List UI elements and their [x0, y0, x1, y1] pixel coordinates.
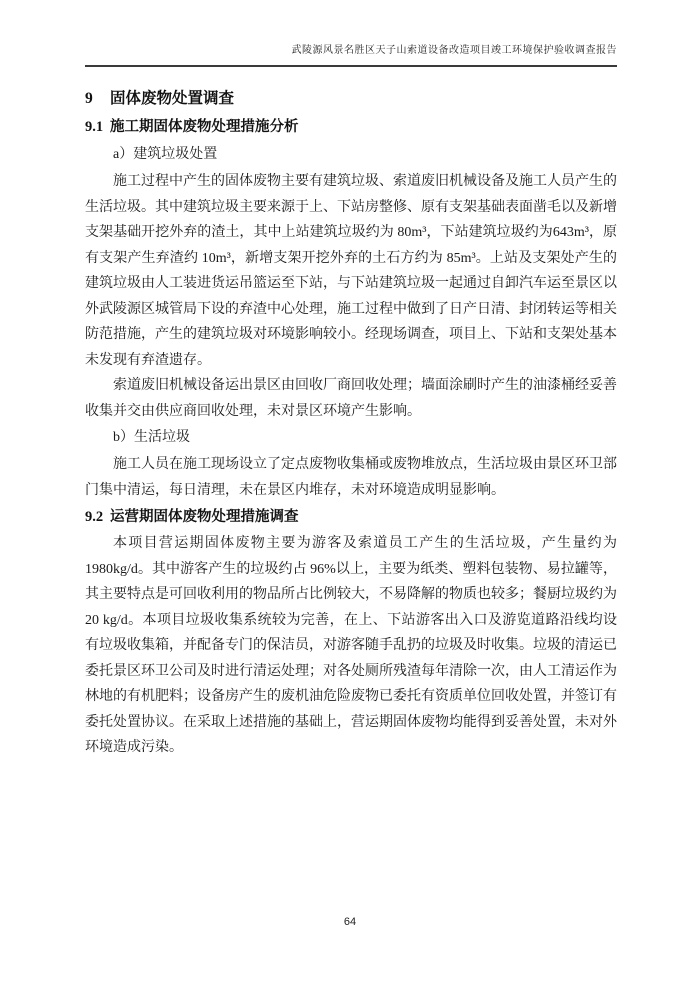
- section-9-1-heading: 9.1施工期固体废物处理措施分析: [85, 113, 617, 141]
- section-9-heading: 9固体废物处置调查: [85, 85, 617, 113]
- page-header: 武陵源风景名胜区天子山索道设备改造项目竣工环境保护验收调查报告: [85, 0, 617, 67]
- section-9-number: 9: [85, 85, 110, 113]
- section-9-2-number: 9.2: [85, 503, 110, 531]
- paragraph-equipment-recycling: 索道废旧机械设备运出景区由回收厂商回收处理；墙面涂刷时产生的油漆桶经妥善收集并交…: [85, 373, 617, 424]
- list-item-a: a）建筑垃圾处置: [85, 141, 617, 169]
- paragraph-construction-waste: 施工过程中产生的固体废物主要有建筑垃圾、索道废旧机械设备及施工人员产生的生活垃圾…: [85, 169, 617, 373]
- paragraph-domestic-waste: 施工人员在施工现场设立了定点废物收集桶或废物堆放点，生活垃圾由景区环卫部门集中清…: [85, 452, 617, 503]
- paragraph-operation-waste: 本项目营运期固体废物主要为游客及索道员工产生的生活垃圾，产生量约为1980kg/…: [85, 531, 617, 761]
- list-item-b: b）生活垃圾: [85, 424, 617, 452]
- header-running-title: 武陵源风景名胜区天子山索道设备改造项目竣工环境保护验收调查报告: [292, 45, 618, 56]
- page-number: 64: [344, 916, 356, 928]
- document-page: 武陵源风景名胜区天子山索道设备改造项目竣工环境保护验收调查报告 9固体废物处置调…: [85, 0, 617, 761]
- section-9-2-title: 运营期固体废物处理措施调查: [110, 509, 299, 525]
- section-9-1-title: 施工期固体废物处理措施分析: [110, 119, 299, 135]
- section-9-2-heading: 9.2运营期固体废物处理措施调查: [85, 503, 617, 531]
- section-9-1-number: 9.1: [85, 113, 110, 141]
- page-footer: 64: [0, 916, 700, 928]
- section-9-title: 固体废物处置调查: [110, 90, 234, 107]
